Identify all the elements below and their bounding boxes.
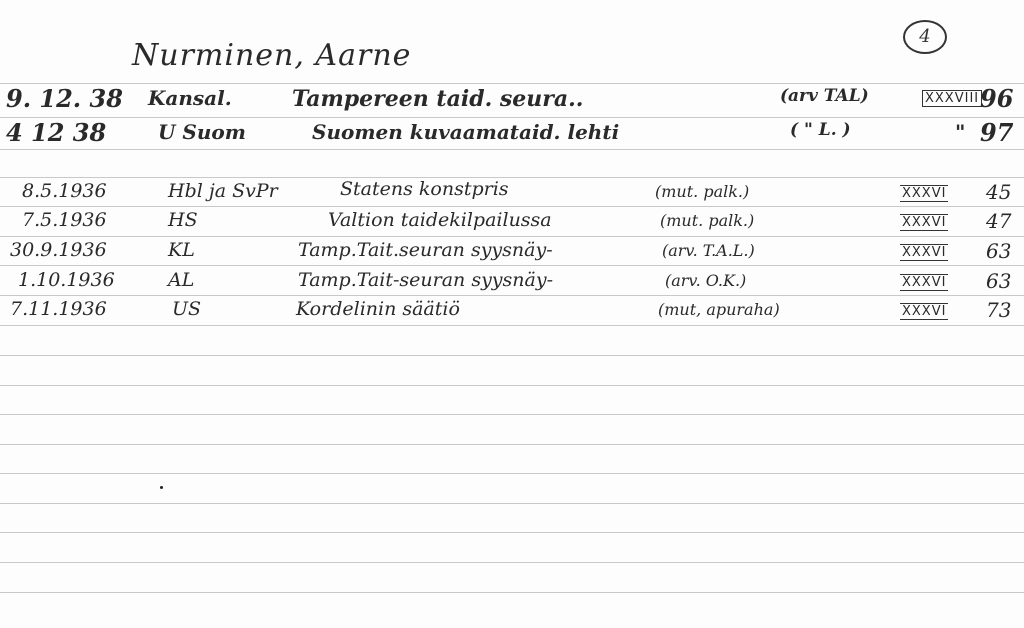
entry-note: (arv. O.K.) [665, 271, 746, 290]
rule-line [0, 473, 1024, 474]
rule-line [0, 503, 1024, 504]
entry-description: Tamp.Tait-seuran syysnäy- [298, 269, 553, 291]
entry-description: Kordelinin säätiö [296, 298, 460, 320]
entry-source: US [172, 298, 201, 320]
entry-description: Valtion taidekilpailussa [328, 209, 552, 231]
entry-description: Tampereen taid. seura.. [292, 86, 583, 112]
entry-description: Suomen kuvaamataid. lehti [312, 120, 619, 144]
card-heading-name: Nurminen, Aarne [132, 38, 411, 73]
entry-note: (mut. palk.) [660, 211, 754, 230]
entry-source: U Suom [158, 120, 246, 144]
index-card: Nurminen, Aarne 4 9. 12. 38 Kansal. Tamp… [0, 0, 1024, 628]
pencil-entry-row: 9. 12. 38 Kansal. Tampereen taid. seura.… [0, 84, 1024, 114]
entry-volume: XXXVI [900, 185, 948, 202]
rule-line [0, 177, 1024, 178]
entry-volume: XXXVI [900, 303, 948, 320]
entry-page: 45 [986, 180, 1011, 204]
entry-date: 7.11.1936 [10, 298, 107, 320]
entry-note: ( " L. ) [790, 120, 851, 140]
entry-page: 63 [986, 269, 1011, 293]
rule-line [0, 532, 1024, 533]
entry-volume: XXXVIII [922, 90, 982, 107]
rule-line [0, 592, 1024, 593]
card-number-circle: 4 [903, 20, 947, 54]
entry-volume: XXXVI [900, 274, 948, 291]
ink-speck [160, 486, 163, 489]
entry-source: Kansal. [148, 86, 232, 110]
entry-source: Hbl ja SvPr [168, 180, 278, 202]
card-number: 4 [919, 26, 930, 47]
rule-line [0, 385, 1024, 386]
entry-note: (arv TAL) [780, 86, 869, 106]
rule-line [0, 149, 1024, 150]
entry-description: Tamp.Tait.seuran syysnäy- [298, 239, 553, 261]
pencil-entry-row: 4 12 38 U Suom Suomen kuvaamataid. lehti… [0, 118, 1024, 148]
entry-source: KL [168, 239, 195, 261]
ink-entry-row: 7.11.1936 US Kordelinin säätiö (mut, apu… [0, 298, 1024, 328]
ink-entry-row: 30.9.1936 KL Tamp.Tait.seuran syysnäy- (… [0, 239, 1024, 269]
entry-note: (mut, apuraha) [658, 300, 780, 319]
entry-description: Statens konstpris [340, 178, 509, 200]
entry-page: 63 [986, 239, 1011, 263]
rule-line [0, 562, 1024, 563]
entry-volume: XXXVI [900, 244, 948, 261]
ink-entry-row: 7.5.1936 HS Valtion taidekilpailussa (mu… [0, 209, 1024, 239]
entry-page: 73 [986, 298, 1011, 322]
entry-page: 96 [980, 84, 1013, 113]
ink-entry-row: 8.5.1936 Hbl ja SvPr Statens konstpris (… [0, 180, 1024, 210]
entry-volume-ditto: " [955, 120, 965, 144]
rule-line [0, 444, 1024, 445]
entry-date: 30.9.1936 [10, 239, 107, 261]
rule-line [0, 355, 1024, 356]
ink-entry-row: 1.10.1936 AL Tamp.Tait-seuran syysnäy- (… [0, 269, 1024, 299]
entry-page: 97 [980, 118, 1013, 147]
entry-date: 7.5.1936 [22, 209, 107, 231]
entry-note: (mut. palk.) [655, 182, 749, 201]
entry-date: 8.5.1936 [22, 180, 107, 202]
entry-note: (arv. T.A.L.) [662, 241, 755, 260]
entry-page: 47 [986, 209, 1011, 233]
entry-date: 1.10.1936 [18, 269, 115, 291]
entry-date: 4 12 38 [6, 118, 106, 147]
entry-source: AL [168, 269, 194, 291]
rule-line [0, 414, 1024, 415]
entry-volume: XXXVI [900, 214, 948, 231]
entry-source: HS [168, 209, 198, 231]
entry-date: 9. 12. 38 [6, 84, 123, 113]
